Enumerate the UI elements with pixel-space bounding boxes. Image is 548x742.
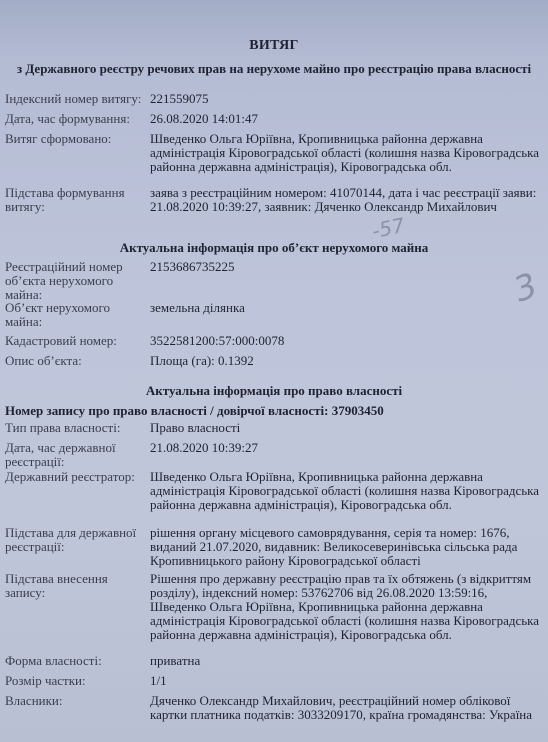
field-label: Дата, час формування: xyxy=(5,112,145,126)
field-value: приватна xyxy=(150,654,545,668)
field-label: Власники: xyxy=(5,694,145,708)
field-label: Розмір частки: xyxy=(5,674,145,688)
field-value: 1/1 xyxy=(150,674,545,688)
field-value: Шведенко Ольга Юріївна, Кропивницька рай… xyxy=(150,470,545,512)
field-value: Площа (га): 0.1392 xyxy=(150,354,545,368)
field-label: Індексний номер витягу: xyxy=(5,92,145,106)
field-value: 3522581200:57:000:0078 xyxy=(150,334,545,348)
document-page: ВИТЯГ з Державного реєстру речових прав … xyxy=(0,0,548,742)
field-label: Реєстраційний номер об’єкта нерухомого м… xyxy=(5,260,145,302)
field-label: Підстава формування витягу: xyxy=(5,186,145,214)
field-value: Шведенко Ольга Юріївна, Кропивницька рай… xyxy=(150,132,545,174)
field-value: Дяченко Олександр Михайлович, реєстрацій… xyxy=(150,694,545,722)
field-value: 2153686735225 xyxy=(150,260,545,274)
field-value: земельна ділянка xyxy=(150,301,545,315)
field-label: Об’єкт нерухомого майна: xyxy=(5,301,145,329)
field-label: Підстава внесення запису: xyxy=(5,572,145,600)
ownership-record-heading: Номер запису про право власності / довір… xyxy=(5,403,384,419)
field-label: Тип права власності: xyxy=(5,421,145,435)
field-value: заява з реєстраційним номером: 41070144,… xyxy=(150,186,545,214)
ownership-section-heading: Актуальна інформація про право власності xyxy=(0,383,548,399)
field-label: Дата, час державної реєстрації: xyxy=(5,441,145,469)
field-value: 221559075 xyxy=(150,92,545,106)
field-value: 26.08.2020 14:01:47 xyxy=(150,112,545,126)
handwritten-mark: -57 xyxy=(370,213,407,243)
document-subtitle: з Державного реєстру речових прав на нер… xyxy=(0,61,548,77)
field-value: Право власності xyxy=(150,421,545,435)
field-label: Витяг сформовано: xyxy=(5,132,145,146)
field-label: Форма власності: xyxy=(5,654,145,668)
field-value: 21.08.2020 10:39:27 xyxy=(150,441,545,455)
field-label: Державний реєстратор: xyxy=(5,470,145,484)
field-label: Кадастровий номер: xyxy=(5,334,145,348)
field-label: Опис об’єкта: xyxy=(5,354,145,368)
field-value: рішення органу місцевого самоврядування,… xyxy=(150,526,545,568)
document-title: ВИТЯГ xyxy=(0,38,548,54)
field-label: Підстава для державної реєстрації: xyxy=(5,526,145,554)
object-section-heading: Актуальна інформація про об’єкт нерухомо… xyxy=(0,240,548,256)
field-value: Рішення про державну реєстрацію прав та … xyxy=(150,572,545,642)
